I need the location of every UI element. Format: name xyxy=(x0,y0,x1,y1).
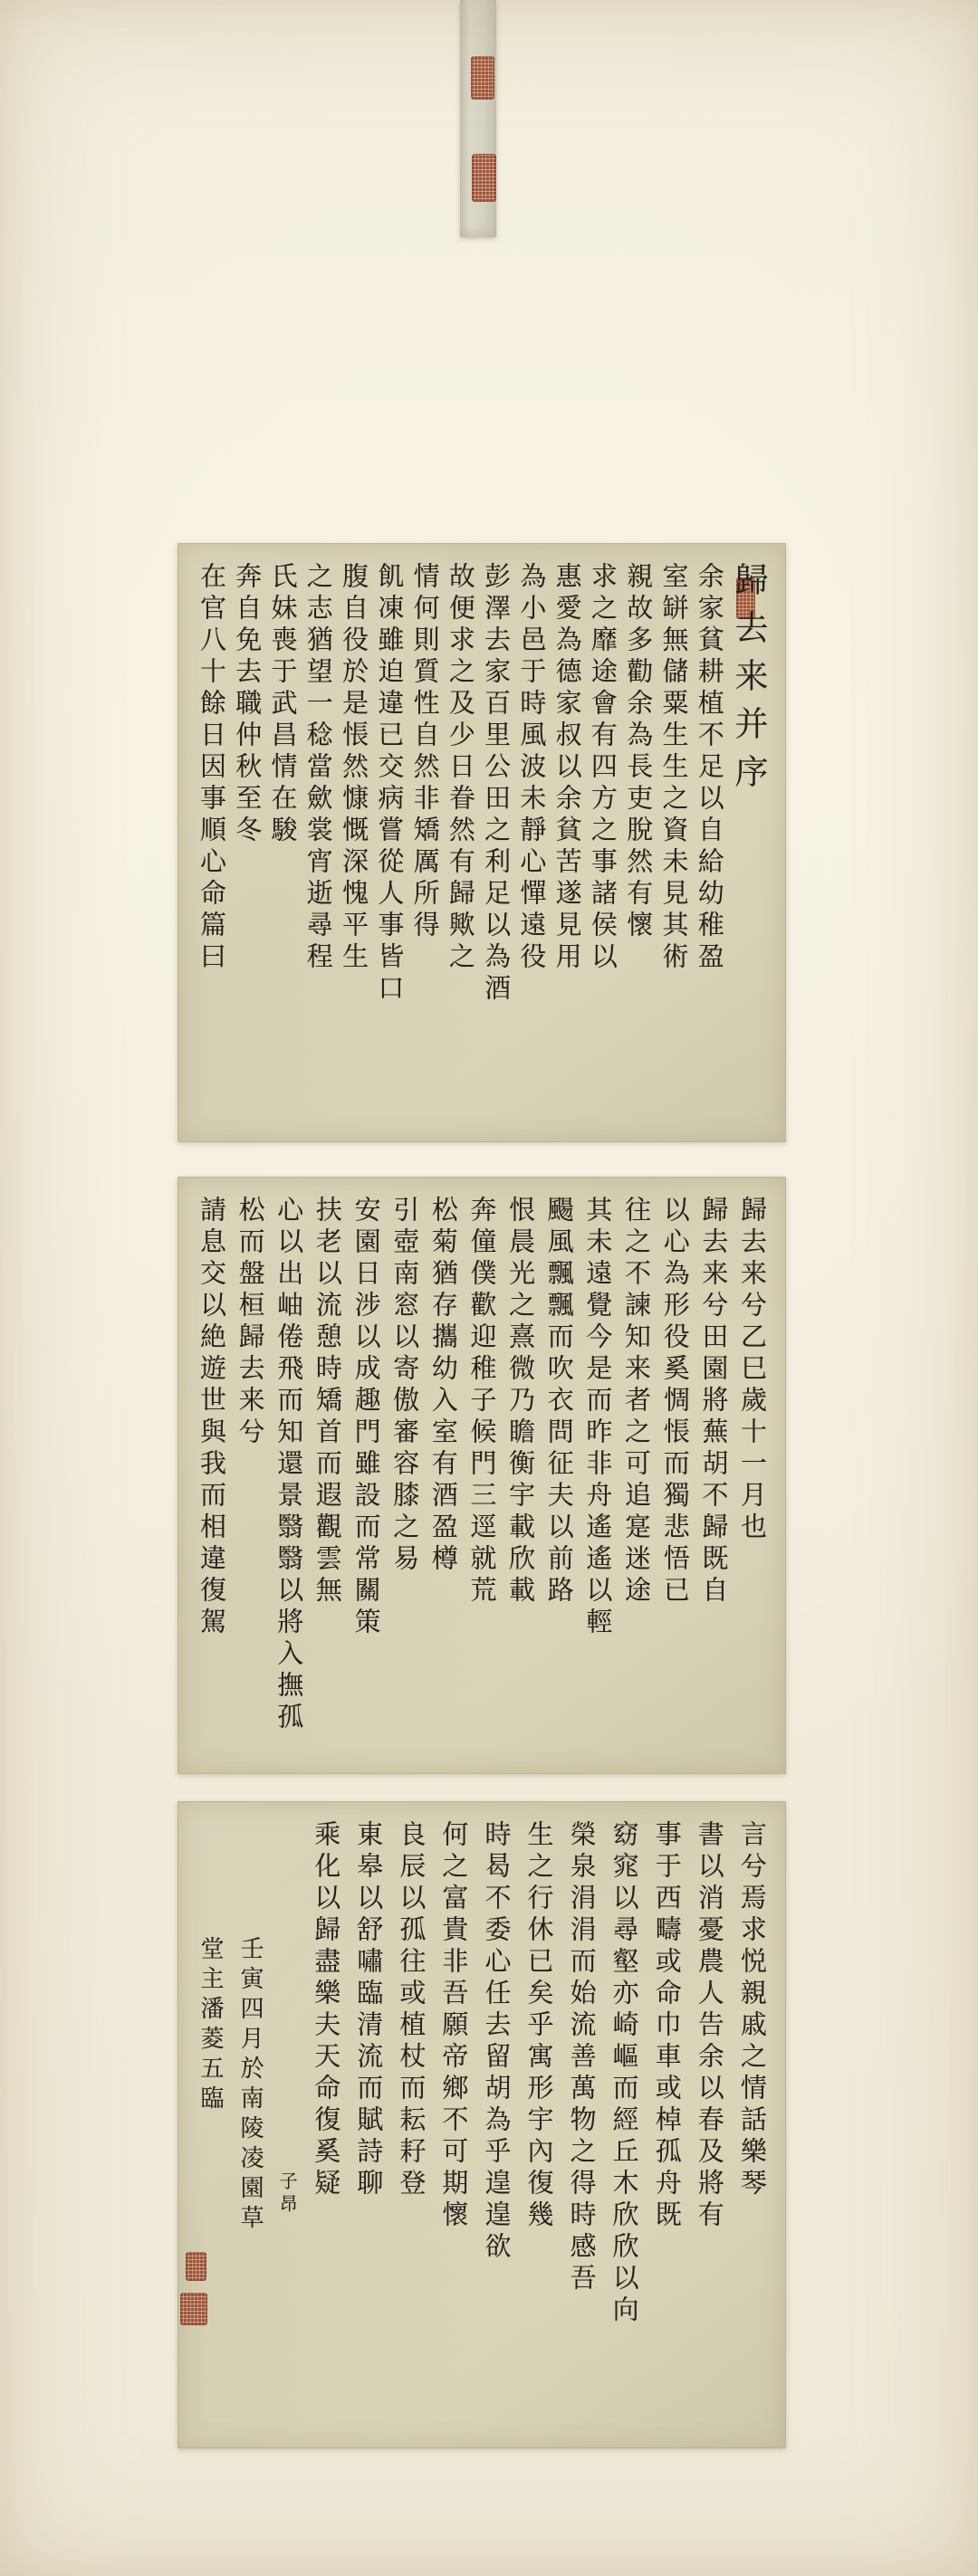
calligraphy-column: 請息交以絶遊世與我而相違復駕 xyxy=(198,1196,225,1755)
calligraphy-column: 言兮焉求悦親戚之情話樂琴 xyxy=(739,1820,765,2429)
calligraphy-column: 良辰以孤往或植杖而耘耔登 xyxy=(398,1820,424,2429)
calligraphy-column: 彭澤去家百里公田之利足以為酒 xyxy=(483,562,509,1123)
calligraphy-column: 腹自役於是悵然慷慨深愧平生 xyxy=(340,562,367,1123)
calligraphy-scroll: 歸去来并序余家貧耕植不足以自給幼稚盈室缾無儲粟生生之資未見其術親故多勸余為長吏脫… xyxy=(0,0,978,2576)
calligraphy-column: 生之行休已矣乎寓形宇內復幾 xyxy=(526,1820,552,2429)
calligraphy-column: 扶老以流憩時矯首而遐觀雲無 xyxy=(314,1196,340,1755)
calligraphy-column: 書以消憂農人告余以春及將有 xyxy=(696,1820,723,2429)
calligraphy-column: 堂主潘菱五臨 xyxy=(198,1936,222,2429)
calligraphy-column: 親故多勸余為長吏脫然有懷 xyxy=(625,562,651,1123)
calligraphy-column: 安園日涉以成趣門雖設而常關策 xyxy=(353,1196,379,1755)
calligraphy-column: 子昂 xyxy=(278,2171,296,2429)
calligraphy-column: 故便求之及少日眷然有歸歟之 xyxy=(447,562,474,1123)
calligraphy-column: 松而盤桓歸去来兮 xyxy=(237,1196,264,1755)
calligraphy-column: 歸去来兮乙巳歲十一月也 xyxy=(739,1196,765,1755)
calligraphy-column: 恨晨光之熹微乃瞻衡宇載欣載 xyxy=(507,1196,533,1755)
calligraphy-column: 室缾無儲粟生生之資未見其術 xyxy=(660,562,686,1123)
calligraphy-column: 歸去来并序 xyxy=(732,562,765,1123)
calligraphy-column: 之志猶望一稔當歛裳宵逝尋程 xyxy=(305,562,331,1123)
panel-text-3: 言兮焉求悦親戚之情話樂琴書以消憂農人告余以春及將有事于西疇或命巾車或棹孤舟既窈窕… xyxy=(198,1820,765,2429)
calligraphy-column: 時曷不委心任去留胡為乎遑遑欲 xyxy=(483,1820,509,2429)
calligraphy-column: 飢凍雖迫違已交病嘗從人事皆口 xyxy=(376,562,402,1123)
top-strip-upper-seal xyxy=(471,56,494,100)
calligraphy-column: 往之不諫知来者之可追寔迷途 xyxy=(623,1196,649,1755)
calligraphy-column: 為小邑于時風波未靜心憚遠役 xyxy=(518,562,544,1123)
panel-2-ci-first-half: 歸去来兮乙巳歲十一月也歸去来兮田園將蕪胡不歸既自以心為形役奚惆悵而獨悲悟已往之不… xyxy=(177,1177,786,1774)
calligraphy-column: 情何則質性自然非矯厲所得 xyxy=(412,562,438,1123)
calligraphy-column: 窈窕以尋壑亦崎嶇而經丘木欣欣以向 xyxy=(611,1820,638,2429)
silk-title-strip xyxy=(460,0,496,237)
calligraphy-column: 乘化以歸盡樂夫天命復奚疑 xyxy=(312,1820,339,2429)
calligraphy-column: 歸去来兮田園將蕪胡不歸既自 xyxy=(700,1196,726,1755)
calligraphy-column: 何之富貴非吾願帝鄉不可期懷 xyxy=(440,1820,466,2429)
calligraphy-column: 在官八十餘日因事順心命篇曰 xyxy=(198,562,225,1123)
calligraphy-column: 求之靡途會有四方之事諸侯以 xyxy=(590,562,616,1123)
panel-text-1: 歸去来并序余家貧耕植不足以自給幼稚盈室缾無儲粟生生之資未見其術親故多勸余為長吏脫… xyxy=(198,562,765,1123)
calligraphy-column: 松菊猶存攜幼入室有酒盈樽 xyxy=(430,1196,456,1755)
calligraphy-column: 東皋以舒嘯臨清流而賦詩聊 xyxy=(355,1820,381,2429)
calligraphy-column: 奔僮僕歡迎稚子候門三逕就荒 xyxy=(468,1196,494,1755)
calligraphy-column: 壬寅四月於南陵凌園草 xyxy=(238,1936,262,2429)
calligraphy-column: 其未遠覺今是而昨非舟遙遙以輕 xyxy=(584,1196,610,1755)
calligraphy-column: 氏妹喪于武昌情在駿 xyxy=(270,562,296,1123)
panel-text-2: 歸去来兮乙巳歲十一月也歸去来兮田園將蕪胡不歸既自以心為形役奚惆悵而獨悲悟已往之不… xyxy=(198,1196,765,1755)
top-strip-lower-seal xyxy=(472,154,496,202)
calligraphy-column: 余家貧耕植不足以自給幼稚盈 xyxy=(696,562,723,1123)
calligraphy-column: 颺風飄飄而吹衣問征夫以前路 xyxy=(546,1196,572,1755)
calligraphy-column: 惠愛為德家叔以余貧苦遂見用 xyxy=(554,562,580,1123)
panel-1-preface: 歸去来并序余家貧耕植不足以自給幼稚盈室缾無儲粟生生之資未見其術親故多勸余為長吏脫… xyxy=(177,543,786,1142)
calligraphy-column: 引壺南窓以寄傲審容膝之易 xyxy=(391,1196,417,1755)
calligraphy-column: 榮泉涓涓而始流善萬物之得時感吾 xyxy=(569,1820,595,2429)
calligraphy-column: 以心為形役奚惆悵而獨悲悟已 xyxy=(662,1196,688,1755)
calligraphy-column: 心以出岫倦飛而知還景翳翳以將入撫孤 xyxy=(275,1196,302,1755)
calligraphy-column: 奔自免去職仲秋至冬 xyxy=(234,562,260,1123)
calligraphy-column: 事于西疇或命巾車或棹孤舟既 xyxy=(654,1820,680,2429)
panel-3-ci-second-half: 言兮焉求悦親戚之情話樂琴書以消憂農人告余以春及將有事于西疇或命巾車或棹孤舟既窈窕… xyxy=(177,1801,786,2448)
